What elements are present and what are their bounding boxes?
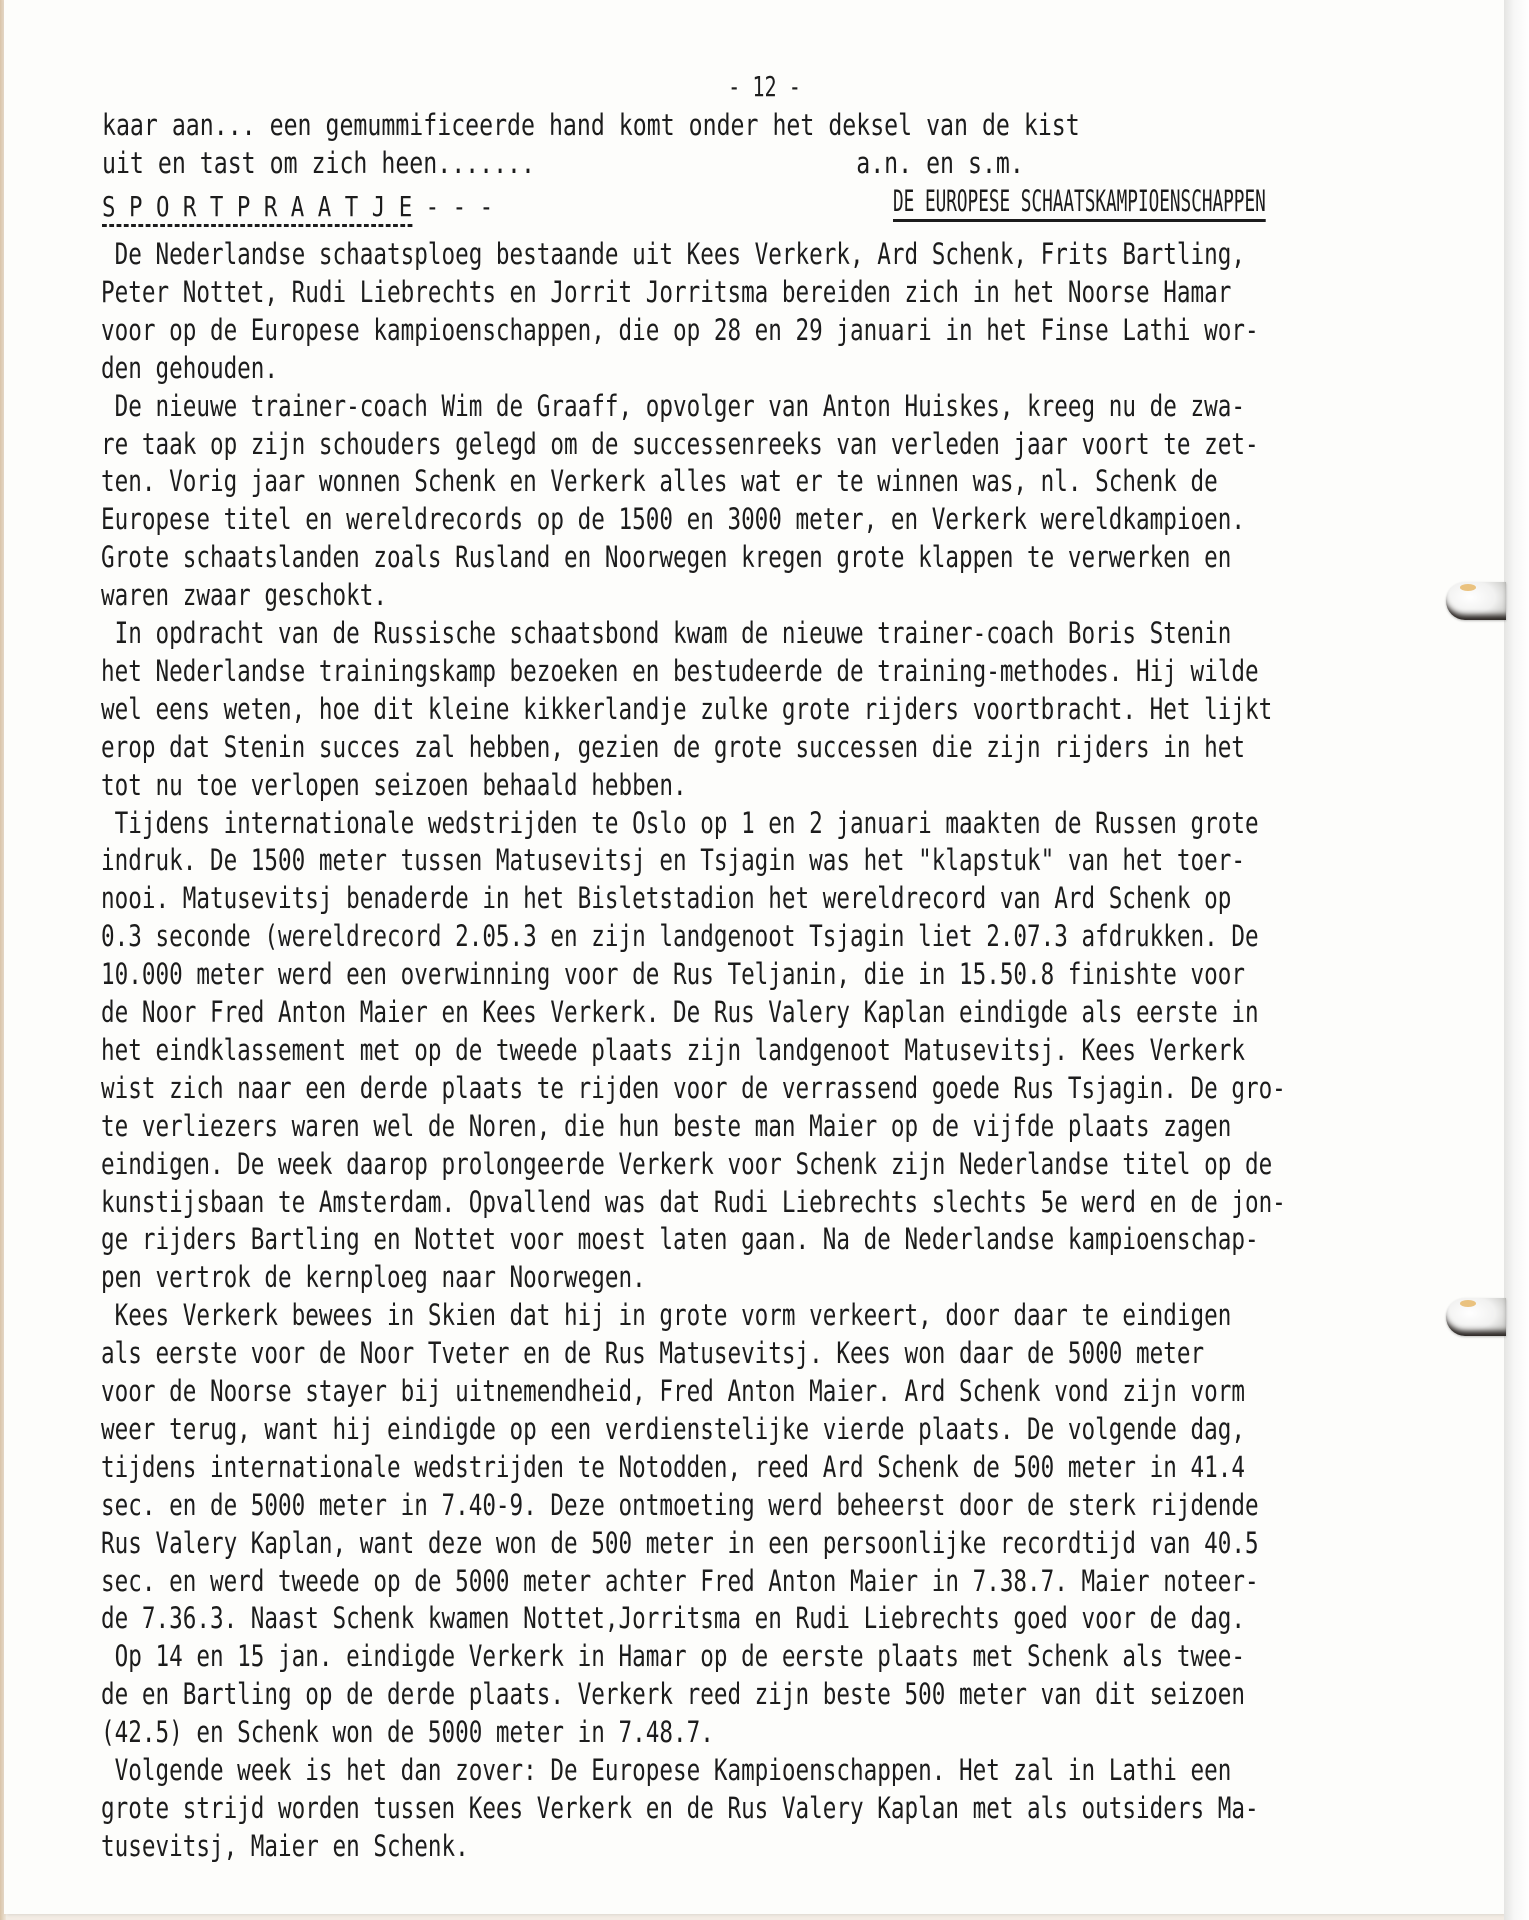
body-line: den gehouden.: [101, 353, 278, 383]
body-line: kunstijsbaan te Amsterdam. Opvallend was…: [101, 1187, 1286, 1217]
body-line: sec. en werd tweede op de 5000 meter ach…: [101, 1566, 1259, 1596]
body-line: tijdens internationale wedstrijden te No…: [101, 1452, 1245, 1482]
body-line: te verliezers waren wel de Noren, die hu…: [101, 1111, 1231, 1141]
body-line: De nieuwe trainer-coach Wim de Graaff, o…: [101, 391, 1245, 421]
intro-line: kaar aan... een gemummificeerde hand kom…: [102, 110, 1080, 140]
binder-ring-hole-icon: [1446, 582, 1506, 620]
body-line: het Nederlandse trainingskamp bezoeken e…: [101, 656, 1259, 686]
body-line: Kees Verkerk bewees in Skien dat hij in …: [101, 1300, 1231, 1330]
body-line: tusevitsj, Maier en Schenk.: [101, 1831, 469, 1861]
body-line: weer terug, want hij eindigde op een ver…: [101, 1414, 1245, 1444]
body-line: de en Bartling op de derde plaats. Verke…: [101, 1679, 1245, 1709]
binder-ring-hole-icon: [1446, 1298, 1506, 1336]
body-line: erop dat Stenin succes zal hebben, gezie…: [101, 732, 1245, 762]
section-label-text: S P O R T P R A A T J E: [102, 190, 412, 227]
body-line: Grote schaatslanden zoals Rusland en Noo…: [101, 542, 1231, 572]
body-line: wel eens weten, hoe dit kleine kikkerlan…: [101, 694, 1272, 724]
page-number: - 12 -: [214, 70, 1315, 103]
body-line: In opdracht van de Russische schaatsbond…: [101, 618, 1231, 648]
body-line: Op 14 en 15 jan. eindigde Verkerk in Ham…: [101, 1641, 1245, 1671]
body-line: 0.3 seconde (wereldrecord 2.05.3 en zijn…: [101, 921, 1259, 951]
section-label: S P O R T P R A A T J E - - -: [102, 190, 493, 223]
body-line: de 7.36.3. Naast Schenk kwamen Nottet,Jo…: [101, 1603, 1245, 1633]
intro-line: uit en tast om zich heen....... a.n. en …: [102, 148, 1024, 178]
body-line: pen vertrok de kernploeg naar Noorwegen.: [101, 1262, 646, 1292]
body-line: tot nu toe verlopen seizoen behaald hebb…: [101, 770, 687, 800]
body-line: indruk. De 1500 meter tussen Matusevitsj…: [101, 845, 1245, 875]
body-line: grote strijd worden tussen Kees Verkerk …: [101, 1793, 1259, 1823]
body-line: re taak op zijn schouders gelegd om de s…: [101, 429, 1259, 459]
body-line: voor op de Europese kampioenschappen, di…: [101, 315, 1259, 345]
body-line: nooi. Matusevitsj benaderde in het Bisle…: [101, 883, 1231, 913]
article-title: DE EUROPESE SCHAATSKAMPIOENSCHAPPEN: [893, 184, 1266, 222]
body-line: Peter Nottet, Rudi Liebrechts en Jorrit …: [101, 277, 1231, 307]
body-line: Europese titel en wereldrecords op de 15…: [101, 504, 1245, 534]
body-line: ge rijders Bartling en Nottet voor moest…: [101, 1224, 1259, 1254]
page-right-edge: [1504, 0, 1529, 1920]
body-line: Volgende week is het dan zover: De Europ…: [101, 1755, 1231, 1785]
body-line: Rus Valery Kaplan, want deze won de 500 …: [101, 1528, 1259, 1558]
body-line: (42.5) en Schenk won de 5000 meter in 7.…: [101, 1717, 714, 1747]
body-line: 10.000 meter werd een overwinning voor d…: [101, 959, 1245, 989]
body-line: waren zwaar geschokt.: [101, 580, 387, 610]
body-line: Tijdens internationale wedstrijden te Os…: [101, 808, 1259, 838]
body-line: ten. Vorig jaar wonnen Schenk en Verkerk…: [101, 466, 1218, 496]
body-line: voor de Noorse stayer bij uitnemendheid,…: [101, 1376, 1245, 1406]
body-line: eindigen. De week daarop prolongeerde Ve…: [101, 1149, 1272, 1179]
section-label-trailer: - - -: [412, 190, 493, 223]
body-line: de Noor Fred Anton Maier en Kees Verkerk…: [101, 997, 1259, 1027]
body-line: als eerste voor de Noor Tveter en de Rus…: [101, 1338, 1204, 1368]
body-line: het eindklassement met op de tweede plaa…: [101, 1035, 1245, 1065]
body-line: wist zich naar een derde plaats te rijde…: [101, 1073, 1286, 1103]
body-line: De Nederlandse schaatsploeg bestaande ui…: [101, 239, 1245, 269]
body-line: sec. en de 5000 meter in 7.40-9. Deze on…: [101, 1490, 1259, 1520]
